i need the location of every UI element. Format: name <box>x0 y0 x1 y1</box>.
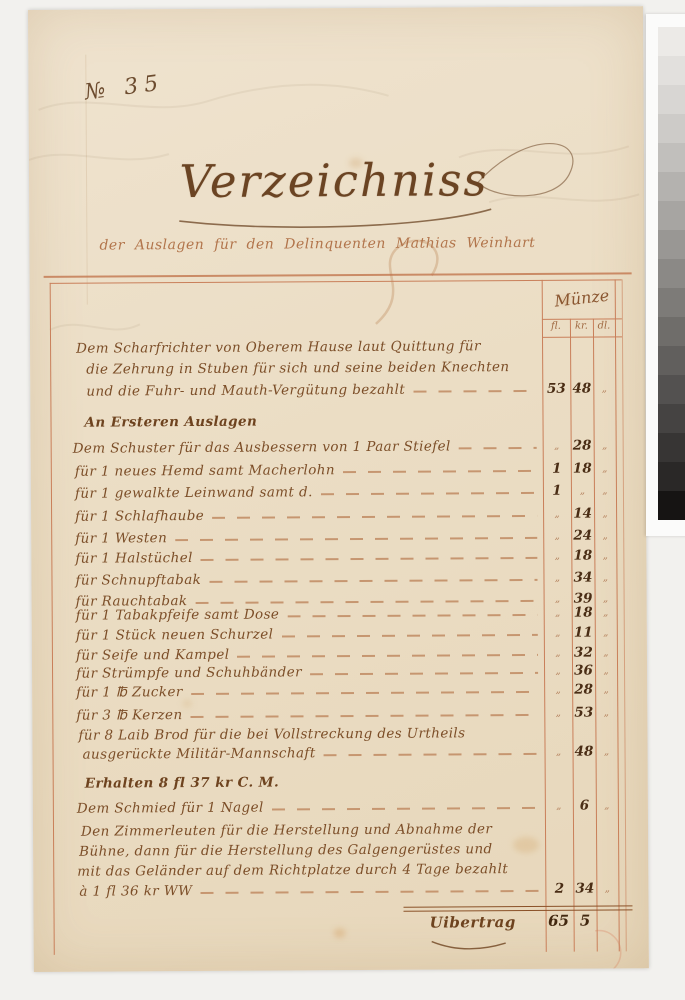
amount-dl: „ <box>594 460 616 474</box>
dash-filler <box>191 691 538 695</box>
amount-kr: 48 <box>572 744 595 760</box>
document-page: № 35 Verzeichniss der Auslagen für den D… <box>28 6 649 972</box>
gray-step <box>658 317 685 346</box>
amount-kr: 18 <box>572 605 595 621</box>
amount-fl: „ <box>543 570 571 584</box>
gray-step <box>658 201 685 230</box>
gray-step <box>658 172 685 201</box>
amount-dl: „ <box>595 624 617 638</box>
top-rule <box>44 272 632 278</box>
amount-fl: „ <box>544 744 572 758</box>
ledger-line: für 1 neues Hemd samt Macherlohn118„ <box>31 460 623 481</box>
ledger-line: die Zehrung in Stuben für sich und seine… <box>30 358 622 379</box>
ledger-line-text: für Seife und Kampel <box>76 647 230 664</box>
amount-fl: „ <box>544 645 572 659</box>
dash-filler <box>281 634 537 638</box>
dash-filler <box>201 557 538 561</box>
ledger-line-text: für 8 Laib Brod für die bei Vollstreckun… <box>78 725 465 743</box>
ledger-line-text: à 1 fl 36 kr WW <box>79 883 192 900</box>
amount-fl: 2 <box>545 881 573 897</box>
column-header-fl: fl. <box>542 321 570 332</box>
amount-fl: „ <box>544 682 572 696</box>
ledger-line-text: für 1 Schlafhaube <box>75 508 204 525</box>
document-title: Verzeichniss <box>159 153 509 208</box>
amount-dl: „ <box>595 681 617 695</box>
gray-step <box>658 230 685 259</box>
ledger-line: Bühne, dann für die Herstellung des Galg… <box>33 840 625 861</box>
gray-step <box>658 27 685 56</box>
amount-fl: „ <box>543 506 571 520</box>
ink-flourish-stain <box>375 241 437 324</box>
ledger-line-text: ausgerückte Militär-Mannschaft <box>83 745 316 762</box>
document-subtitle: der Auslagen für den Delinquenten Mathia… <box>99 235 599 254</box>
ledger-line: Erhalten 8 fl 37 kr C. M. <box>33 772 625 793</box>
gray-step <box>658 346 685 375</box>
ledger-line: mit das Geländer auf dem Richtplatze dur… <box>33 860 625 881</box>
column-header-dl: dl. <box>593 320 615 331</box>
gray-step <box>658 491 685 520</box>
carry-label: Uibertrag <box>430 913 516 932</box>
ledger-line-text: die Zehrung in Stuben für sich und seine… <box>86 359 509 378</box>
dash-filler <box>287 614 537 618</box>
ledger-line-text: für 1 neues Hemd samt Macherlohn <box>75 462 335 480</box>
amount-fl: „ <box>545 798 573 812</box>
gray-step <box>658 288 685 317</box>
table-top-border <box>50 279 622 283</box>
dash-filler <box>413 390 536 393</box>
amount-dl: „ <box>593 380 615 394</box>
amount-dl: „ <box>595 662 617 676</box>
ledger-line-text: Dem Schuster für das Ausbessern von 1 Pa… <box>73 438 451 456</box>
ledger-lines: Dem Scharfrichter von Oberem Hause laut … <box>28 6 643 10</box>
ledger-line: für 1 Stück neuen Schurzel„11„ <box>32 624 624 645</box>
gray-step <box>658 143 685 172</box>
amount-kr: 28 <box>572 682 595 698</box>
gray-step <box>658 375 685 404</box>
ledger-line-text: mit das Geländer auf dem Richtplatze dur… <box>77 861 508 880</box>
amount-dl: „ <box>596 797 618 811</box>
amount-kr: „ <box>571 483 594 497</box>
ledger-line-text: für 1 gewalkte Leinwand samt d. <box>75 484 313 501</box>
ledger-line: Den Zimmerleuten für die Herstellung und… <box>33 820 625 841</box>
ledger-line-text: für Strümpfe und Schuhbänder <box>76 664 302 681</box>
sum-rule <box>404 909 633 911</box>
amount-fl: 53 <box>542 381 570 397</box>
dash-filler <box>459 447 537 449</box>
dash-filler <box>310 672 538 675</box>
ledger-line-text: für 1 Stück neuen Schurzel <box>76 627 274 644</box>
amount-dl: „ <box>594 527 616 541</box>
amount-kr: 36 <box>572 663 595 679</box>
carry-kr: 5 <box>574 912 597 930</box>
amount-fl: „ <box>544 591 572 605</box>
amount-dl: „ <box>595 644 617 658</box>
amount-kr: 34 <box>571 570 594 586</box>
amount-fl: 1 <box>543 483 571 499</box>
amount-dl: „ <box>594 482 616 496</box>
gray-step <box>658 114 685 143</box>
amount-dl: „ <box>595 704 617 718</box>
ledger-line-text: für 1 Westen <box>75 530 167 547</box>
amount-fl: „ <box>544 625 572 639</box>
ledger-line-text: für 1 Halstüchel <box>75 550 193 567</box>
gray-step <box>658 404 685 433</box>
sum-rule <box>403 905 632 907</box>
amount-kr: 24 <box>571 528 594 544</box>
ledger-line-text: für 3 ℔ Kerzen <box>76 707 182 724</box>
foxing-spot <box>334 928 346 938</box>
amount-kr: 34 <box>573 881 596 897</box>
amount-fl: „ <box>543 548 571 562</box>
dash-filler <box>237 654 538 658</box>
ledger-line: für 1 Halstüchel„18„ <box>31 547 623 568</box>
ledger-line: für 1 Tabakpfeife samt Dose„18„ <box>32 604 624 625</box>
amount-dl: „ <box>595 604 617 618</box>
calibration-card <box>646 14 685 536</box>
gray-step <box>658 433 685 462</box>
ledger-line-text: für 1 Tabakpfeife samt Dose <box>76 606 280 623</box>
grayscale-step-wedge <box>658 27 685 520</box>
amount-fl: „ <box>544 605 572 619</box>
amount-kr: 14 <box>571 506 594 522</box>
amount-kr: 18 <box>571 461 594 477</box>
red-stamp-stain <box>577 930 621 972</box>
dash-filler <box>175 537 537 541</box>
dash-filler <box>272 807 539 811</box>
ledger-line: Dem Schmied für 1 Nagel„6„ <box>33 797 625 818</box>
dash-filler <box>212 515 537 519</box>
ledger-line-text: Dem Scharfrichter von Oberem Hause laut … <box>76 338 481 356</box>
ledger-line-text: Bühne, dann für die Herstellung des Galg… <box>79 841 493 860</box>
amount-fl: „ <box>544 705 572 719</box>
dash-filler <box>191 714 539 718</box>
amount-dl: „ <box>594 505 616 519</box>
amount-kr: 6 <box>573 798 596 814</box>
dash-filler <box>195 600 537 604</box>
dash-filler <box>321 492 537 495</box>
ledger-line: für 1 Schlafhaube„14„ <box>31 505 623 526</box>
ledger-line: für 1 Westen„24„ <box>31 527 623 548</box>
amount-fl: 1 <box>543 461 571 477</box>
dash-filler <box>209 579 537 583</box>
amount-dl: „ <box>595 590 617 604</box>
title-underline-flourish <box>179 209 491 228</box>
ledger-line: ausgerückte Militär-Mannschaft„48„ <box>33 743 625 764</box>
gray-step <box>658 56 685 85</box>
ledger-line: für Strümpfe und Schuhbänder„36„ <box>32 662 624 683</box>
amount-kr: 18 <box>571 548 594 564</box>
amount-dl: „ <box>595 743 617 757</box>
amount-dl: „ <box>594 437 616 451</box>
ledger-line: für Seife und Kampel„32„ <box>32 644 624 665</box>
gray-step <box>658 259 685 288</box>
carry-underline-flourish <box>432 941 506 949</box>
amount-kr: 11 <box>572 625 595 641</box>
ledger-line-text: und die Fuhr- und Mauth-Vergütung bezahl… <box>86 382 405 400</box>
ledger-line: Dem Scharfrichter von Oberem Hause laut … <box>30 337 622 358</box>
carry-fl: 65 <box>544 912 574 930</box>
gray-step <box>658 462 685 491</box>
ledger-line: und die Fuhr- und Mauth-Vergütung bezahl… <box>30 380 622 401</box>
folio-number: № 35 <box>83 70 165 105</box>
ledger-line: für 8 Laib Brod für die bei Vollstreckun… <box>32 724 624 745</box>
ledger-line: Dem Schuster für das Ausbessern von 1 Pa… <box>31 437 623 458</box>
column-header-kr: kr. <box>570 321 593 332</box>
amount-dl: „ <box>594 547 616 561</box>
ledger-line-text: für Schnupftabak <box>75 572 201 589</box>
ledger-line: à 1 fl 36 kr WW234„ <box>33 880 625 901</box>
ledger-line: für 1 ℔ Zucker„28„ <box>32 681 624 702</box>
amount-dl: „ <box>594 569 616 583</box>
gray-step <box>658 85 685 114</box>
amount-fl: „ <box>544 663 572 677</box>
amount-kr: 32 <box>572 645 595 661</box>
dash-filler <box>324 753 539 756</box>
ledger-line-text: Dem Schmied für 1 Nagel <box>77 800 264 817</box>
amount-fl: „ <box>543 438 571 452</box>
amount-kr: 48 <box>570 381 593 397</box>
dash-filler <box>343 470 537 473</box>
ledger-line-text: Den Zimmerleuten für die Herstellung und… <box>81 821 492 840</box>
ledger-line-text: Erhalten 8 fl 37 kr C. M. <box>85 774 279 791</box>
amount-kr: 28 <box>571 438 594 454</box>
dash-filler <box>200 890 539 894</box>
amount-kr: 53 <box>572 705 595 721</box>
ledger-line: für Schnupftabak„34„ <box>31 569 623 590</box>
ledger-line-text: für 1 ℔ Zucker <box>76 684 183 701</box>
currency-header: Münze <box>541 284 623 312</box>
scanned-document: № 35 Verzeichniss der Auslagen für den D… <box>0 0 685 1000</box>
ledger-line: An Ersteren Auslagen <box>30 411 622 432</box>
amount-dl: „ <box>596 880 618 894</box>
ledger-line-text: An Ersteren Auslagen <box>84 414 257 431</box>
amount-fl: „ <box>543 528 571 542</box>
ledger-line: für 3 ℔ Kerzen„53„ <box>32 704 624 725</box>
ledger-line: für 1 gewalkte Leinwand samt d.1„„ <box>31 482 623 503</box>
